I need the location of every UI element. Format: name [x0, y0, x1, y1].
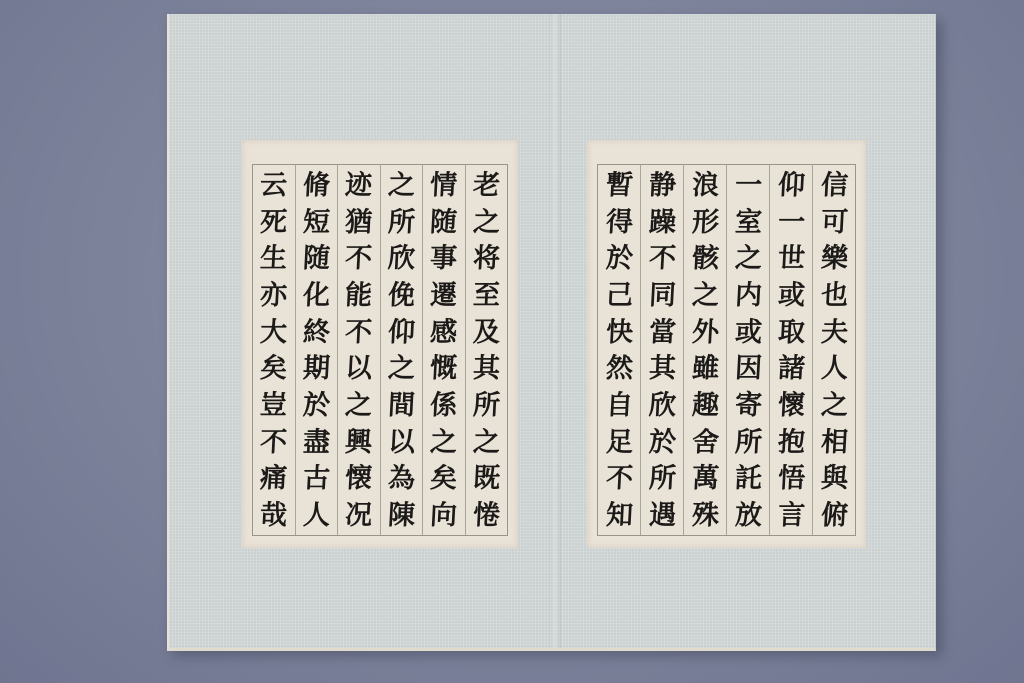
calligraphy-character: 室: [734, 208, 763, 238]
calligraphy-character: 於: [605, 244, 634, 274]
calligraphy-character: 懷: [777, 391, 806, 421]
calligraphy-character: 古: [302, 464, 331, 494]
calligraphy-character: 之: [344, 391, 373, 421]
calligraphy-character: 盡: [302, 428, 331, 458]
calligraphy-character: 暫: [605, 171, 634, 201]
calligraphy-character: 亦: [259, 281, 288, 311]
calligraphy-character: 因: [734, 354, 763, 384]
calligraphy-character: 取: [777, 318, 806, 348]
calligraphy-character: 然: [605, 354, 634, 384]
calligraphy-character: 迹: [344, 171, 373, 201]
calligraphy-character: 不: [259, 428, 288, 458]
text-column: 老之将至及其所之既惓: [465, 165, 508, 535]
calligraphy-character: 悟: [777, 464, 806, 494]
calligraphy-character: 夫: [820, 318, 849, 348]
calligraphy-character: 足: [605, 428, 634, 458]
calligraphy-character: 其: [472, 354, 501, 384]
text-column: 静躁不同當其欣於所遇: [640, 165, 683, 535]
calligraphy-character: 矣: [259, 354, 288, 384]
calligraphy-character: 懐: [344, 464, 373, 494]
calligraphy-character: 世: [777, 244, 806, 274]
calligraphy-character: 所: [387, 208, 416, 238]
calligraphy-character: 俛: [387, 281, 416, 311]
calligraphy-character: 短: [302, 208, 331, 238]
calligraphy-character: 趣: [691, 391, 720, 421]
calligraphy-character: 己: [605, 281, 634, 311]
calligraphy-character: 或: [734, 318, 763, 348]
right-text-grid: 信可樂也夫人之相與俯仰一世或取諸懷抱悟言一室之内或因寄所託放浪形骸之外雖趣舍萬殊…: [597, 164, 856, 536]
calligraphy-character: 静: [648, 171, 677, 201]
calligraphy-character: 之: [820, 391, 849, 421]
calligraphy-character: 與: [820, 464, 849, 494]
calligraphy-character: 痛: [259, 464, 288, 494]
calligraphy-character: 及: [472, 318, 501, 348]
text-column: 云死生亦大矣豈不痛哉: [253, 165, 295, 535]
calligraphy-character: 随: [302, 244, 331, 274]
calligraphy-character: 間: [387, 391, 416, 421]
calligraphy-character: 矣: [429, 464, 458, 494]
calligraphy-character: 将: [472, 244, 501, 274]
calligraphy-character: 脩: [302, 171, 331, 201]
calligraphy-character: 言: [777, 501, 806, 531]
calligraphy-character: 知: [605, 501, 634, 531]
calligraphy-character: 不: [605, 464, 634, 494]
text-column: 之所欣俛仰之間以為陳: [380, 165, 423, 535]
calligraphy-character: 陳: [387, 501, 416, 531]
calligraphy-character: 感: [429, 318, 458, 348]
calligraphy-character: 終: [302, 318, 331, 348]
calligraphy-character: 骸: [691, 244, 720, 274]
calligraphy-character: 不: [344, 244, 373, 274]
calligraphy-character: 諸: [777, 354, 806, 384]
calligraphy-character: 既: [472, 464, 501, 494]
calligraphy-character: 死: [259, 208, 288, 238]
calligraphy-character: 於: [648, 428, 677, 458]
calligraphy-character: 為: [387, 464, 416, 494]
calligraphy-character: 欣: [387, 244, 416, 274]
calligraphy-character: 之: [387, 171, 416, 201]
calligraphy-character: 雖: [691, 354, 720, 384]
calligraphy-character: 一: [777, 208, 806, 238]
text-column: 一室之内或因寄所託放: [726, 165, 769, 535]
calligraphy-character: 也: [820, 281, 849, 311]
calligraphy-character: 豈: [259, 391, 288, 421]
calligraphy-character: 随: [429, 208, 458, 238]
calligraphy-character: 之: [387, 354, 416, 384]
calligraphy-character: 所: [472, 391, 501, 421]
calligraphy-character: 係: [429, 391, 458, 421]
left-calligraphy-panel: 老之将至及其所之既惓情随事遷感慨係之矣向之所欣俛仰之間以為陳迹猶不能不以之興懐况…: [242, 140, 518, 548]
text-column: 迹猶不能不以之興懐况: [337, 165, 380, 535]
calligraphy-character: 可: [820, 208, 849, 238]
calligraphy-character: 化: [302, 281, 331, 311]
calligraphy-character: 快: [605, 318, 634, 348]
calligraphy-character: 放: [734, 501, 763, 531]
calligraphy-character: 同: [648, 281, 677, 311]
calligraphy-character: 不: [648, 244, 677, 274]
calligraphy-character: 躁: [648, 208, 677, 238]
calligraphy-character: 以: [344, 354, 373, 384]
calligraphy-character: 大: [259, 318, 288, 348]
text-column: 仰一世或取諸懷抱悟言: [769, 165, 812, 535]
calligraphy-character: 一: [734, 171, 763, 201]
calligraphy-character: 云: [259, 171, 288, 201]
calligraphy-character: 惓: [472, 501, 501, 531]
calligraphy-character: 人: [820, 354, 849, 384]
calligraphy-character: 内: [734, 281, 763, 311]
calligraphy-character: 外: [691, 318, 720, 348]
calligraphy-character: 况: [344, 501, 373, 531]
calligraphy-character: 能: [344, 281, 373, 311]
calligraphy-character: 之: [472, 208, 501, 238]
calligraphy-character: 託: [734, 464, 763, 494]
calligraphy-character: 自: [605, 391, 634, 421]
right-calligraphy-panel: 信可樂也夫人之相與俯仰一世或取諸懷抱悟言一室之内或因寄所託放浪形骸之外雖趣舍萬殊…: [587, 140, 866, 548]
calligraphy-character: 仰: [777, 171, 806, 201]
calligraphy-character: 浪: [691, 171, 720, 201]
text-column: 信可樂也夫人之相與俯: [812, 165, 855, 535]
calligraphy-character: 老: [472, 171, 501, 201]
calligraphy-character: 生: [259, 244, 288, 274]
text-column: 暫得於己快然自足不知: [598, 165, 640, 535]
text-column: 情随事遷感慨係之矣向: [422, 165, 465, 535]
left-page: 老之将至及其所之既惓情随事遷感慨係之矣向之所欣俛仰之間以為陳迹猶不能不以之興懐况…: [169, 14, 554, 648]
calligraphy-character: 之: [472, 428, 501, 458]
calligraphy-character: 興: [344, 428, 373, 458]
calligraphy-character: 遷: [429, 281, 458, 311]
calligraphy-character: 遇: [648, 501, 677, 531]
calligraphy-character: 形: [691, 208, 720, 238]
calligraphy-character: 俯: [820, 501, 849, 531]
calligraphy-character: 得: [605, 208, 634, 238]
calligraphy-character: 之: [691, 281, 720, 311]
right-page: 信可樂也夫人之相與俯仰一世或取諸懷抱悟言一室之内或因寄所託放浪形骸之外雖趣舍萬殊…: [554, 14, 938, 648]
left-text-grid: 老之将至及其所之既惓情随事遷感慨係之矣向之所欣俛仰之間以為陳迹猶不能不以之興懐况…: [252, 164, 508, 536]
text-column: 脩短随化終期於盡古人: [295, 165, 338, 535]
calligraphy-character: 或: [777, 281, 806, 311]
calligraphy-character: 殊: [691, 501, 720, 531]
calligraphy-character: 其: [648, 354, 677, 384]
calligraphy-character: 於: [302, 391, 331, 421]
calligraphy-character: 不: [344, 318, 373, 348]
calligraphy-character: 仰: [387, 318, 416, 348]
calligraphy-character: 萬: [691, 464, 720, 494]
calligraphy-character: 相: [820, 428, 849, 458]
calligraphy-character: 欣: [648, 391, 677, 421]
calligraphy-character: 哉: [259, 501, 288, 531]
calligraphy-character: 之: [734, 244, 763, 274]
calligraphy-character: 至: [472, 281, 501, 311]
calligraphy-character: 當: [648, 318, 677, 348]
calligraphy-character: 抱: [777, 428, 806, 458]
text-column: 浪形骸之外雖趣舍萬殊: [683, 165, 726, 535]
calligraphy-character: 樂: [820, 244, 849, 274]
calligraphy-character: 事: [429, 244, 458, 274]
calligraphy-character: 情: [429, 171, 458, 201]
calligraphy-character: 向: [429, 501, 458, 531]
calligraphy-character: 之: [429, 428, 458, 458]
calligraphy-character: 寄: [734, 391, 763, 421]
calligraphy-album: 老之将至及其所之既惓情随事遷感慨係之矣向之所欣俛仰之間以為陳迹猶不能不以之興懐况…: [167, 14, 936, 651]
calligraphy-character: 慨: [429, 354, 458, 384]
calligraphy-character: 所: [648, 464, 677, 494]
calligraphy-character: 信: [820, 171, 849, 201]
calligraphy-character: 猶: [344, 208, 373, 238]
calligraphy-character: 以: [387, 428, 416, 458]
calligraphy-character: 所: [734, 428, 763, 458]
calligraphy-character: 舍: [691, 428, 720, 458]
calligraphy-character: 人: [302, 501, 331, 531]
calligraphy-character: 期: [302, 354, 331, 384]
